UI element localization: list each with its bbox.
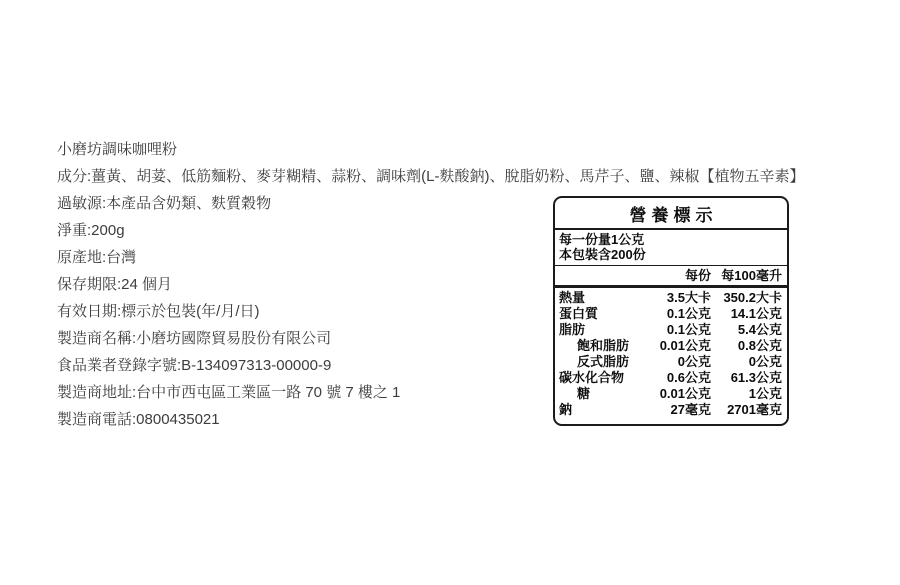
nutrition-rows: 熱量 3.5大卡 350.2大卡 蛋白質 0.1公克 14.1公克 脂肪 0.1… xyxy=(555,288,787,424)
servings-per-pack: 本包裝含200份 xyxy=(559,247,782,262)
col-per-serving: 每份 xyxy=(651,267,711,284)
serving-size: 每一份量1公克 xyxy=(559,232,782,247)
nutrition-title: 營養標示 xyxy=(555,198,787,230)
col-spacer xyxy=(559,267,651,284)
nutrition-row-sugar: 糖 0.01公克 1公克 xyxy=(559,386,782,402)
product-title: 小磨坊調味咖哩粉 xyxy=(57,136,857,163)
col-per-100ml: 每100毫升 xyxy=(711,267,782,284)
nutrition-row-sodium: 鈉 27毫克 2701毫克 xyxy=(559,402,782,418)
nutrition-column-headers: 每份 每100毫升 xyxy=(555,266,787,288)
nutrition-label: 營養標示 每一份量1公克 本包裝含200份 每份 每100毫升 熱量 3.5大卡… xyxy=(553,196,789,426)
nutrition-row-saturated-fat: 飽和脂肪 0.01公克 0.8公克 xyxy=(559,338,782,354)
nutrition-row-trans-fat: 反式脂肪 0公克 0公克 xyxy=(559,354,782,370)
nutrition-row-fat: 脂肪 0.1公克 5.4公克 xyxy=(559,322,782,338)
nutrition-row-carbohydrate: 碳水化合物 0.6公克 61.3公克 xyxy=(559,370,782,386)
field-ingredients: 成分:薑黃、胡荽、低筋麵粉、麥芽糊精、蒜粉、調味劑(L-麩酸鈉)、脫脂奶粉、馬芹… xyxy=(57,163,857,190)
nutrition-row-protein: 蛋白質 0.1公克 14.1公克 xyxy=(559,306,782,322)
nutrition-serving-info: 每一份量1公克 本包裝含200份 xyxy=(555,230,787,266)
nutrition-row-calories: 熱量 3.5大卡 350.2大卡 xyxy=(559,290,782,306)
